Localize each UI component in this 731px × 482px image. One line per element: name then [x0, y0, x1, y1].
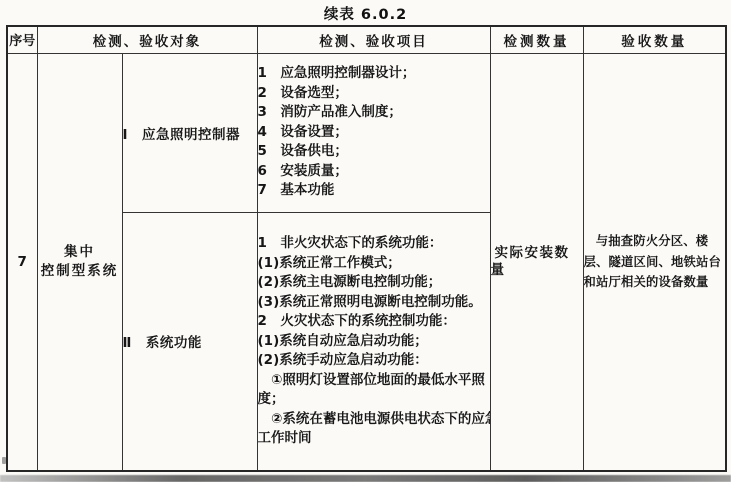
accept-quantity-cell: 与抽查防火分区、楼 层、隧道区间、地铁站台 和站厅相关的设备数量	[583, 53, 726, 471]
col-header-items: 检测、验收项目	[257, 26, 490, 53]
col-header-object: 检测、验收对象	[37, 26, 257, 53]
scan-shadow-bar	[0, 475, 731, 482]
table-header-row: 序号 检测、验收对象 检测、验收项目 检测数量 验收数量	[7, 26, 726, 53]
subrow-label-emergency-lighting-controller: Ⅰ 应急照明控制器	[122, 53, 257, 212]
col-header-serial: 序号	[7, 26, 37, 53]
scanned-document-page: 续表 6.0.2 序号 检测、验收对象 检测、验收项目 检测数量 验收数量 7 …	[0, 0, 731, 482]
subrow-label-system-function: Ⅱ 系统功能	[122, 212, 257, 471]
serial-number-cell: 7	[7, 53, 37, 471]
inspect-quantity-cell: 实际安装数 量	[490, 53, 583, 471]
items-system-function: 1 非火灾状态下的系统功能： (1)系统正常工作模式； (2)系统主电源断电控制…	[257, 212, 490, 471]
table-title: 续表 6.0.2	[0, 3, 731, 24]
items-emergency-lighting-controller: 1 应急照明控制器设计； 2 设备选型； 3 消防产品准入制度； 4 设备设置；…	[257, 53, 490, 212]
object-name-cell: 集中 控制型系统	[37, 53, 122, 471]
col-header-accept-qty: 验收数量	[583, 26, 726, 53]
col-header-inspect-qty: 检测数量	[490, 26, 583, 53]
table-subrow-controller: 7 集中 控制型系统 Ⅰ 应急照明控制器 1 应急照明控制器设计； 2 设备选型…	[7, 53, 726, 212]
acceptance-table: 序号 检测、验收对象 检测、验收项目 检测数量 验收数量 7 集中 控制型系统 …	[6, 25, 727, 472]
scan-artifact-speck	[2, 457, 6, 464]
